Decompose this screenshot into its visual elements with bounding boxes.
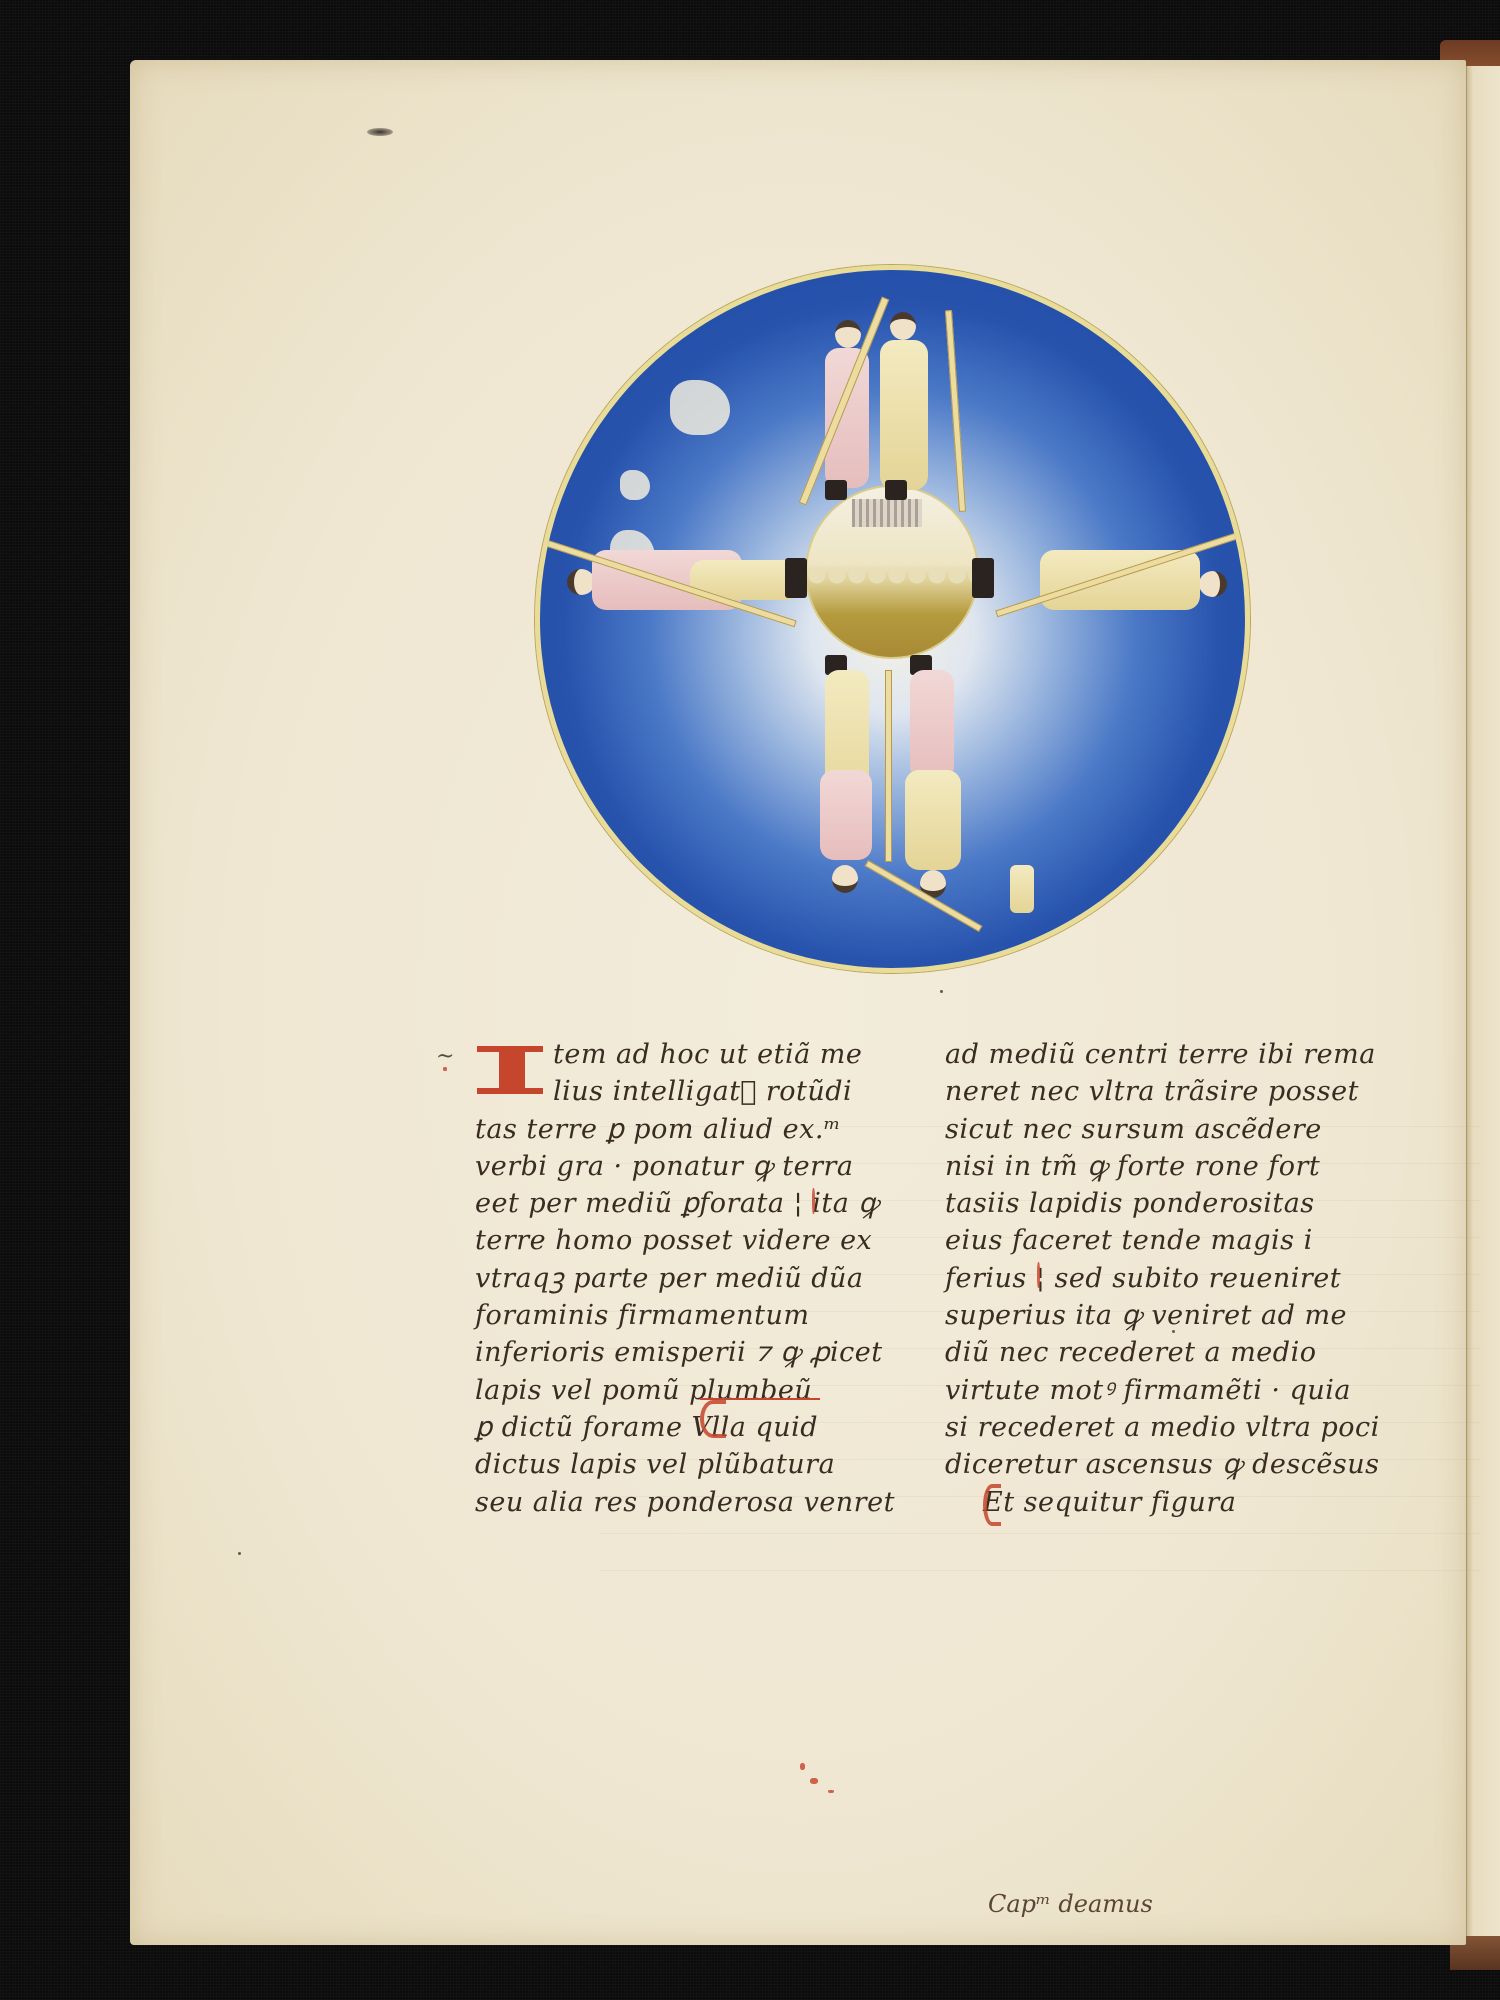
text-line: lapis vel pomũ plumbeũ [475, 1372, 895, 1409]
text-line: dictus lapis vel plũbatura [475, 1446, 895, 1483]
text-line: diceretur ascensus ꝙ descẽsus [945, 1446, 1365, 1483]
text-line: ꝑ dictũ forame Vlla quid [475, 1409, 895, 1446]
pole [885, 670, 892, 862]
text-column-left: tem ad hoc ut etiã me lius intelligat᷑ r… [475, 1036, 895, 1521]
red-ink-mark [828, 1790, 834, 1793]
text-line: ferius ¦ sed subito reueniret [945, 1260, 1365, 1297]
ink-speck [238, 1552, 241, 1555]
rubric-initial-E [983, 1484, 1001, 1526]
adjacent-leaf-edge [1466, 66, 1500, 1936]
text-line: tem ad hoc ut etiã me [475, 1036, 895, 1073]
text-line: tasiis lapidis ponderositas [945, 1185, 1365, 1222]
text-line: superius ita ꝙ veniret ad me [945, 1297, 1365, 1334]
figure-head [890, 312, 916, 340]
pole [865, 860, 983, 932]
text-line: nisi in tm̃ ꝙ forte rone fort [945, 1148, 1365, 1185]
text-line: diũ nec recederet a medio [945, 1334, 1365, 1371]
boot [785, 558, 807, 598]
red-dot [443, 1067, 447, 1071]
boot [825, 480, 847, 500]
boot [885, 480, 907, 500]
castle-icon [852, 499, 922, 527]
cloud-patch [620, 470, 650, 500]
figure-head [567, 569, 595, 595]
text-line: eet per mediũ ꝑforata ¦ ita ꝙ [475, 1185, 895, 1222]
figure-bottom-left-tunic [820, 770, 872, 860]
boot [972, 558, 994, 598]
rubric-underline [700, 1398, 820, 1400]
goblet [1010, 865, 1034, 913]
figure-head [832, 865, 858, 893]
catchword: Capᵐ deamus [988, 1890, 1153, 1918]
ink-smudge [367, 128, 393, 136]
figure-bottom-right-tunic [905, 770, 961, 870]
text-line: inferioris emisperii ⁊ ꝙ ꝓicet [475, 1334, 895, 1371]
text-line: vtraqꝫ parte per mediũ dũa [475, 1260, 895, 1297]
red-ink-mark [810, 1778, 818, 1784]
figure-bottom-right [910, 670, 954, 780]
rubric-stroke [1037, 1262, 1040, 1288]
text-line: si recederet a medio vltra poci [945, 1409, 1365, 1446]
text-line: seu alia res ponderosa venret [475, 1484, 895, 1521]
text-line: verbi gra · ponatur ꝙ terra [475, 1148, 895, 1185]
rubric-initial-V [700, 1400, 726, 1438]
cosmological-diagram [535, 265, 1250, 973]
text-line: foraminis firmamentum [475, 1297, 895, 1334]
text-line: ad mediũ centri terre ibi rema [945, 1036, 1365, 1073]
text-line: terre homo posset videre ex [475, 1222, 895, 1259]
text-column-right: ad mediũ centri terre ibi rema neret nec… [945, 1036, 1365, 1521]
trees-row [807, 565, 977, 587]
bow [945, 310, 966, 512]
text-line: sicut nec sursum ascẽdere [945, 1111, 1365, 1148]
text-line: eius faceret tende magis i [945, 1222, 1365, 1259]
text-line: tas terre ꝑ pom aliud ex.ᵐ [475, 1111, 895, 1148]
figure-head [1199, 571, 1227, 597]
text-line: Et sequitur figura [945, 1484, 1365, 1521]
rubric-stroke [812, 1188, 815, 1214]
ink-speck [940, 990, 943, 993]
text-line: virtute motꝰ firmamẽti · quia [945, 1372, 1365, 1409]
figure-archer [880, 340, 928, 490]
figure-head [835, 320, 861, 348]
red-ink-mark [800, 1763, 805, 1770]
cloud-patch [670, 380, 730, 435]
earth-globe [805, 485, 979, 659]
margin-mark: ~ [436, 1044, 454, 1069]
text-line: neret nec vltra trãsire posset [945, 1073, 1365, 1110]
text-line: lius intelligat᷑ rotũdi [475, 1073, 895, 1110]
